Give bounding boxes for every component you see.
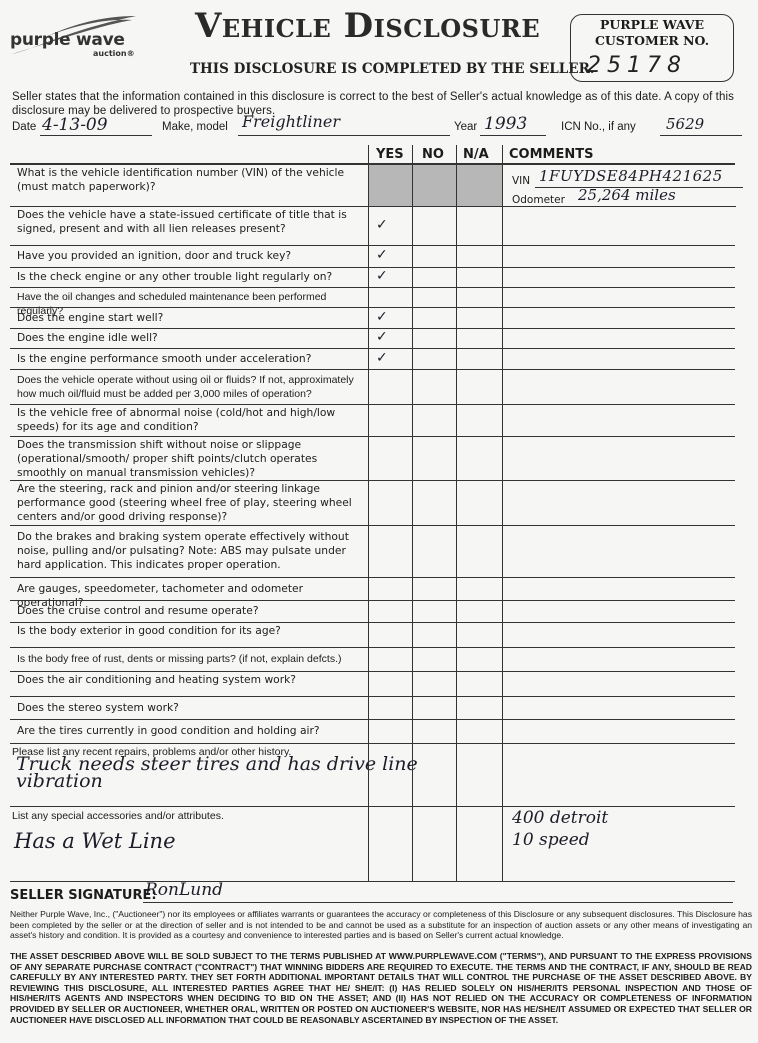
table-row: Have you provided an ignition, door and … [10,245,735,267]
table-rule [10,696,735,697]
icn-field[interactable]: 5629 [660,121,742,136]
no-cell[interactable] [412,245,456,267]
accessories-comment-field[interactable]: 400 detroit 10 speed [512,807,608,851]
check-mark-icon: ✓ [376,247,388,263]
no-cell[interactable] [412,647,456,671]
table-rule [10,206,735,207]
comments-cell[interactable] [502,600,735,622]
na-cell[interactable] [456,245,502,267]
table-rule [10,404,735,405]
no-cell[interactable] [412,525,456,577]
year-field[interactable]: 1993 [480,121,546,136]
no-cell[interactable] [412,671,456,696]
comments-cell[interactable] [502,436,735,480]
check-mark-icon: ✓ [376,268,388,284]
make-model-label: Make, model [162,121,228,133]
table-row: Does the transmission shift without nois… [10,436,735,480]
table-rule [10,647,735,648]
no-cell[interactable] [412,369,456,404]
column-header-no: NO [422,147,444,162]
comments-cell[interactable] [502,287,735,307]
year-value: 1993 [484,114,527,134]
na-cell[interactable] [456,480,502,525]
table-row: Is the vehicle free of abnormal noise (c… [10,404,735,436]
no-cell[interactable] [412,577,456,600]
customer-box-label-1: PURPLE WAVE [571,17,733,33]
no-cell[interactable] [412,600,456,622]
column-divider [368,145,369,881]
seller-statement: Seller states that the information conta… [12,90,752,118]
yes-cell[interactable] [368,622,412,647]
yes-cell[interactable]: ✓ [368,245,412,267]
na-cell[interactable] [456,647,502,671]
table-rule [10,307,735,308]
table-rule [10,743,735,744]
no-cell[interactable] [412,436,456,480]
table-rule [10,719,735,720]
na-cell[interactable] [456,436,502,480]
table-rule [10,369,735,370]
question-text: Does the air conditioning and heating sy… [17,673,362,687]
na-cell[interactable] [456,719,502,743]
yes-cell[interactable] [368,525,412,577]
seller-signature-value: RonLund [145,880,223,900]
yes-cell[interactable]: ✓ [368,307,412,328]
accessories-comment-line-2: 10 speed [512,829,608,851]
table-rule [10,525,735,526]
na-cell[interactable] [456,696,502,719]
no-cell[interactable] [412,348,456,369]
yes-cell[interactable] [368,577,412,600]
question-text: Are the tires currently in good conditio… [17,724,362,738]
table-rule [10,577,735,578]
table-rule [10,287,735,288]
yes-cell[interactable] [368,719,412,743]
na-cell[interactable] [456,577,502,600]
customer-number-field[interactable]: 25178 [587,53,687,78]
table-rule [10,480,735,481]
na-cell[interactable] [456,671,502,696]
yes-cell[interactable]: ✓ [368,348,412,369]
na-cell[interactable] [456,525,502,577]
no-cell[interactable] [412,480,456,525]
table-rule [10,348,735,349]
question-text: Does the vehicle have a state-issued cer… [17,208,362,236]
comments-cell[interactable] [502,307,735,328]
history-value-line-2: vibration [16,773,736,790]
na-cell[interactable] [456,307,502,328]
table-rule [10,164,735,165]
question-text: Is the vehicle free of abnormal noise (c… [17,406,362,434]
date-value: 4-13-09 [42,115,108,135]
disclaimer-text: Neither Purple Wave, Inc., ("Auctioneer"… [10,909,752,941]
question-text: Do the brakes and braking system operate… [17,530,362,572]
table-rule [10,622,735,623]
customer-box-label-2: CUSTOMER NO. [571,33,733,49]
table-row: Is the body exterior in good condition f… [10,622,735,647]
year-label: Year [454,121,477,133]
no-cell[interactable] [412,696,456,719]
question-text: What is the vehicle identification numbe… [17,166,362,194]
accessories-label: List any special accessories and/or attr… [12,810,224,822]
history-value-line-1: Truck needs steer tires and has drive li… [16,756,736,773]
table-row: Does the engine idle well?✓ [10,328,735,348]
table-row: Are the steering, rack and pinion and/or… [10,480,735,525]
no-cell[interactable] [412,719,456,743]
seller-signature-label: SELLER SIGNATURE: [10,888,157,903]
yes-cell[interactable] [368,436,412,480]
comments-cell[interactable] [502,671,735,696]
icn-value: 5629 [666,115,704,133]
question-text: Does the stereo system work? [17,701,362,715]
table-row: Have the oil changes and scheduled maint… [10,287,735,307]
table-rule [10,600,735,601]
yes-cell[interactable] [368,647,412,671]
history-field[interactable]: Truck needs steer tires and has drive li… [16,756,736,790]
no-cell[interactable] [412,287,456,307]
na-cell[interactable] [456,348,502,369]
na-cell[interactable] [456,404,502,436]
question-text: Is the engine performance smooth under a… [17,352,362,366]
table-row: Is the body free of rust, dents or missi… [10,647,735,671]
table-row: Does the cruise control and resume opera… [10,600,735,622]
question-text: Is the body free of rust, dents or missi… [17,652,362,666]
accessories-comment-line-1: 400 detroit [512,807,608,829]
check-mark-icon: ✓ [376,217,388,233]
table-row: Are the tires currently in good conditio… [10,719,735,743]
table-row: Are gauges, speedometer, tachometer and … [10,577,735,600]
logo-subtext: auction® [93,49,135,58]
column-divider [412,145,413,881]
table-rule [10,806,735,807]
date-label: Date [12,121,36,133]
yes-cell[interactable] [368,369,412,404]
table-rule [10,245,735,246]
no-cell[interactable] [412,267,456,287]
na-cell[interactable] [456,369,502,404]
comments-cell[interactable] [502,525,735,577]
comments-cell[interactable] [502,348,735,369]
table-row: Does the stereo system work? [10,696,735,719]
question-text: Are the steering, rack and pinion and/or… [17,482,362,524]
yes-cell[interactable] [368,600,412,622]
table-row: Does the air conditioning and heating sy… [10,671,735,696]
comments-cell[interactable] [502,696,735,719]
yes-cell[interactable]: ✓ [368,206,412,245]
yes-cell[interactable] [368,404,412,436]
make-model-value: Freightliner [242,112,340,131]
comments-cell[interactable] [502,404,735,436]
question-text: Does the cruise control and resume opera… [17,604,362,618]
question-text: Is the check engine or any other trouble… [17,270,362,284]
no-cell[interactable] [412,206,456,245]
table-row: Is the engine performance smooth under a… [10,348,735,369]
no-cell[interactable] [412,328,456,348]
question-text: Does the engine idle well? [17,331,362,345]
na-cell[interactable] [456,267,502,287]
question-text: Is the body exterior in good condition f… [17,624,362,638]
yes-cell[interactable] [368,480,412,525]
column-divider [456,145,457,881]
check-mark-icon: ✓ [376,309,388,325]
date-field[interactable]: 4-13-09 [40,121,152,136]
na-cell[interactable] [456,206,502,245]
logo-text: purple wave [10,30,125,50]
page-title: Vehicle Disclosure [195,6,540,46]
comments-cell[interactable] [502,206,735,245]
question-text: Have you provided an ignition, door and … [17,249,362,263]
na-cell[interactable] [456,622,502,647]
icn-label: ICN No., if any [561,121,636,133]
comments-cell[interactable] [502,622,735,647]
comments-cell[interactable] [502,369,735,404]
table-row: What is the vehicle identification numbe… [10,164,735,206]
no-cell[interactable] [412,622,456,647]
no-cell[interactable] [412,404,456,436]
page-subtitle: THIS DISCLOSURE IS COMPLETED BY THE SELL… [190,61,595,77]
na-cell[interactable] [456,287,502,307]
yes-cell[interactable] [368,671,412,696]
na-cell[interactable] [456,600,502,622]
yes-cell[interactable]: ✓ [368,267,412,287]
yes-cell[interactable]: ✓ [368,328,412,348]
comments-cell[interactable] [502,480,735,525]
table-row: Does the engine start well?✓ [10,307,735,328]
accessories-field[interactable]: Has a Wet Line [14,829,176,853]
table-row: Is the check engine or any other trouble… [10,267,735,287]
comments-cell[interactable] [502,328,735,348]
table-row: Do the brakes and braking system operate… [10,525,735,577]
table-rule [10,328,735,329]
comments-cell[interactable] [502,267,735,287]
column-header-yes: YES [376,147,404,162]
yes-cell[interactable] [368,696,412,719]
question-text: Does the engine start well? [17,311,362,325]
purple-wave-logo: purple wave auction® [8,10,148,62]
column-header-na: N/A [463,147,489,162]
table-row: Does the vehicle have a state-issued cer… [10,206,735,245]
yes-cell[interactable] [368,287,412,307]
comments-cell[interactable] [502,577,735,600]
table-rule [10,671,735,672]
table-rule [10,267,735,268]
comments-cell[interactable] [502,719,735,743]
table-rule [10,436,735,437]
question-text: Does the transmission shift without nois… [17,438,362,480]
comments-cell[interactable] [502,647,735,671]
column-header-comments: COMMENTS [509,147,593,162]
make-model-field[interactable]: Freightliner [238,121,450,136]
check-mark-icon: ✓ [376,350,388,366]
column-divider [502,145,503,881]
na-cell[interactable] [456,328,502,348]
terms-text: THE ASSET DESCRIBED ABOVE WILL BE SOLD S… [10,951,752,1025]
check-mark-icon: ✓ [376,329,388,345]
table-row: Does the vehicle operate without using o… [10,369,735,404]
no-cell[interactable] [412,307,456,328]
question-text: Does the vehicle operate without using o… [17,373,362,401]
comments-cell[interactable] [502,245,735,267]
seller-signature-field[interactable]: RonLund [143,880,733,903]
customer-number-box: PURPLE WAVE CUSTOMER NO. 25178 [570,14,734,82]
